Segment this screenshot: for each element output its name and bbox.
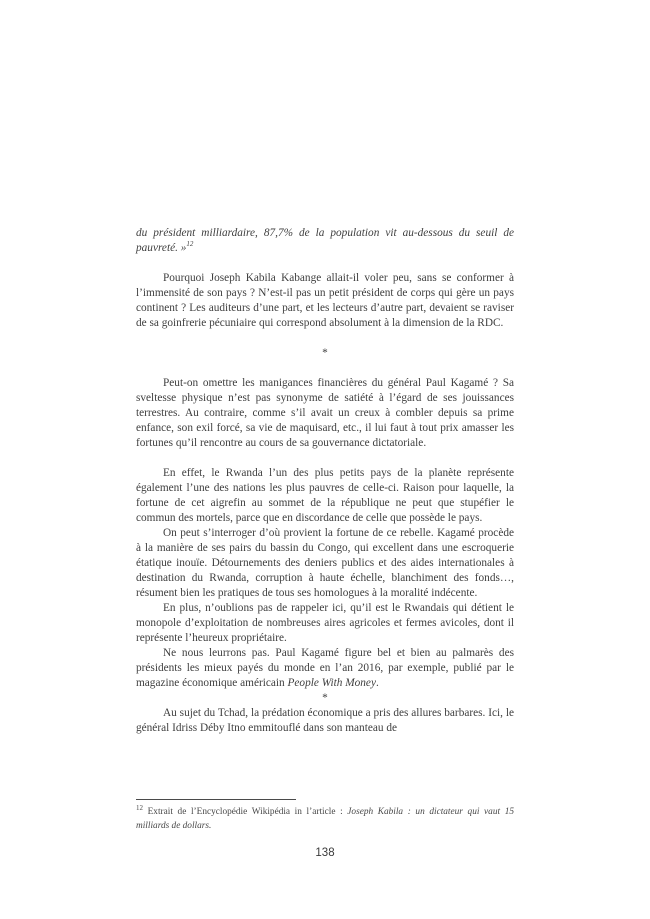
paragraph-kabila: Pourquoi Joseph Kabila Kabange allait-il…: [136, 271, 514, 331]
paragraph-rwanda: En effet, le Rwanda l’un des plus petits…: [136, 466, 514, 526]
footnote-ref-marker: 12: [186, 240, 193, 248]
paragraph-monopole: En plus, n’oublions pas de rappeler ici,…: [136, 601, 514, 646]
paragraph-tchad: Au sujet du Tchad, la prédation économiq…: [136, 706, 514, 736]
footnote-number: 12: [136, 804, 143, 812]
section-separator: *: [136, 691, 514, 706]
magazine-title: People With Money: [288, 677, 376, 689]
book-page: du président milliardaire, 87,7% de la p…: [0, 0, 650, 919]
section-separator: *: [136, 346, 514, 361]
text-block: du président milliardaire, 87,7% de la p…: [136, 226, 514, 736]
paragraph-kagame-intro: Peut-on omettre les manigances financièr…: [136, 376, 514, 451]
page-number: 138: [0, 847, 650, 859]
paragraph-palmares: Ne nous leurrons pas. Paul Kagamé figure…: [136, 646, 514, 691]
quote-continuation: du président milliardaire, 87,7% de la p…: [136, 226, 514, 256]
paragraph-fortune: On peut s’interroger d’où provient la fo…: [136, 526, 514, 601]
palmares-end: .: [376, 677, 379, 689]
footnote: 12 Extrait de l’Encyclopédie Wikipédia i…: [136, 799, 514, 833]
footnote-text: 12 Extrait de l’Encyclopédie Wikipédia i…: [136, 805, 514, 833]
footnote-rule: [136, 799, 296, 800]
footnote-body: Extrait de l’Encyclopédie Wikipédia in l…: [143, 807, 347, 817]
